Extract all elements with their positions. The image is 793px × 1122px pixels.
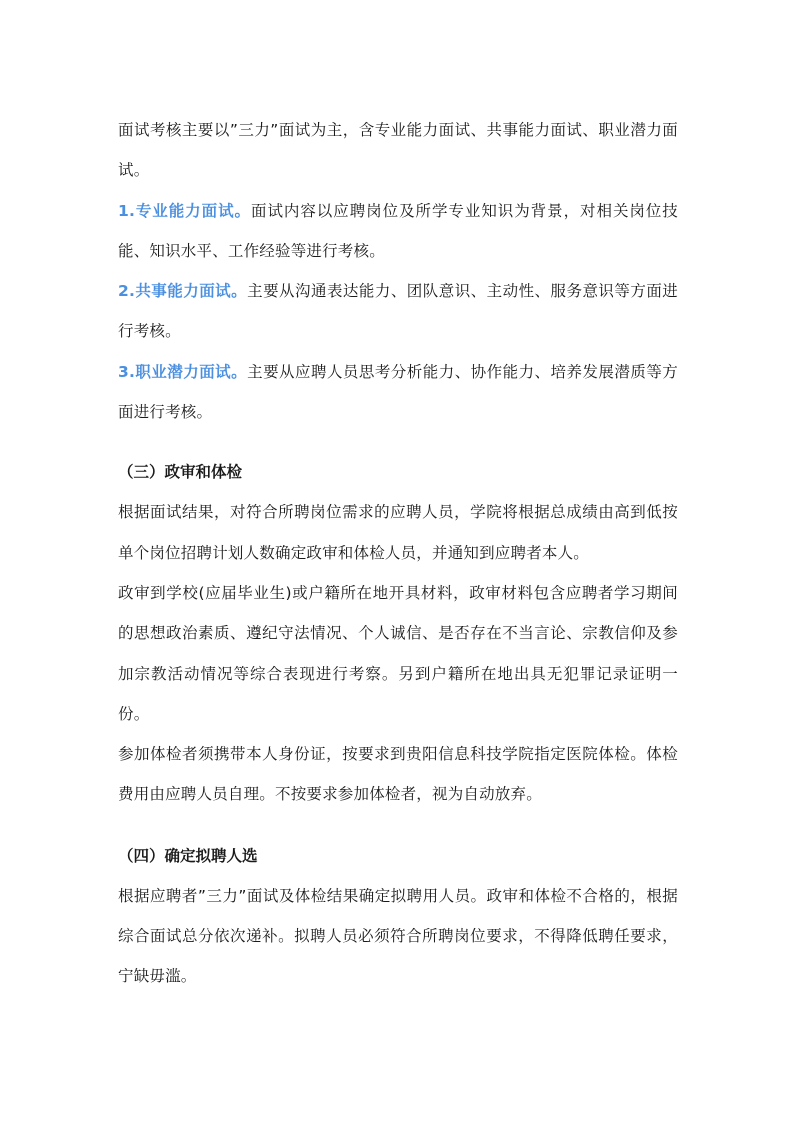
section3-paragraph: 参加体检者须携带本人身份证，按要求到贵阳信息科技学院指定医院体检。体检费用由应聘… (118, 734, 678, 815)
intro-paragraph: 面试考核主要以”三力”面试为主，含专业能力面试、共事能力面试、职业潜力面试。 (118, 110, 678, 191)
item-label: 2.共事能力面试。 (118, 282, 247, 300)
item-potential: 3.职业潜力面试。主要从应聘人员思考分析能力、协作能力、培养发展潜质等方面进行考… (118, 352, 678, 433)
spacer (118, 815, 678, 836)
item-label: 1.专业能力面试。 (118, 202, 251, 220)
section3-paragraph: 根据面试结果，对符合所聘岗位需求的应聘人员，学院将根据总成绩由高到低按单个岗位招… (118, 492, 678, 573)
item-professional: 1.专业能力面试。面试内容以应聘岗位及所学专业知识为背景，对相关岗位技能、知识水… (118, 191, 678, 272)
section4-paragraph: 根据应聘者”三力”面试及体检结果确定拟聘用人员。政审和体检不合格的，根据综合面试… (118, 876, 678, 997)
section-heading-4: （四）确定拟聘人选 (118, 836, 678, 876)
section-heading-3: （三）政审和体检 (118, 452, 678, 492)
section3-paragraph: 政审到学校(应届毕业生)或户籍所在地开具材料，政审材料包含应聘者学习期间的思想政… (118, 573, 678, 734)
document-page: 面试考核主要以”三力”面试为主，含专业能力面试、共事能力面试、职业潜力面试。 1… (118, 110, 678, 997)
item-label: 3.职业潜力面试。 (118, 363, 247, 381)
spacer (118, 432, 678, 452)
item-teamwork: 2.共事能力面试。主要从沟通表达能力、团队意识、主动性、服务意识等方面进行考核。 (118, 271, 678, 352)
